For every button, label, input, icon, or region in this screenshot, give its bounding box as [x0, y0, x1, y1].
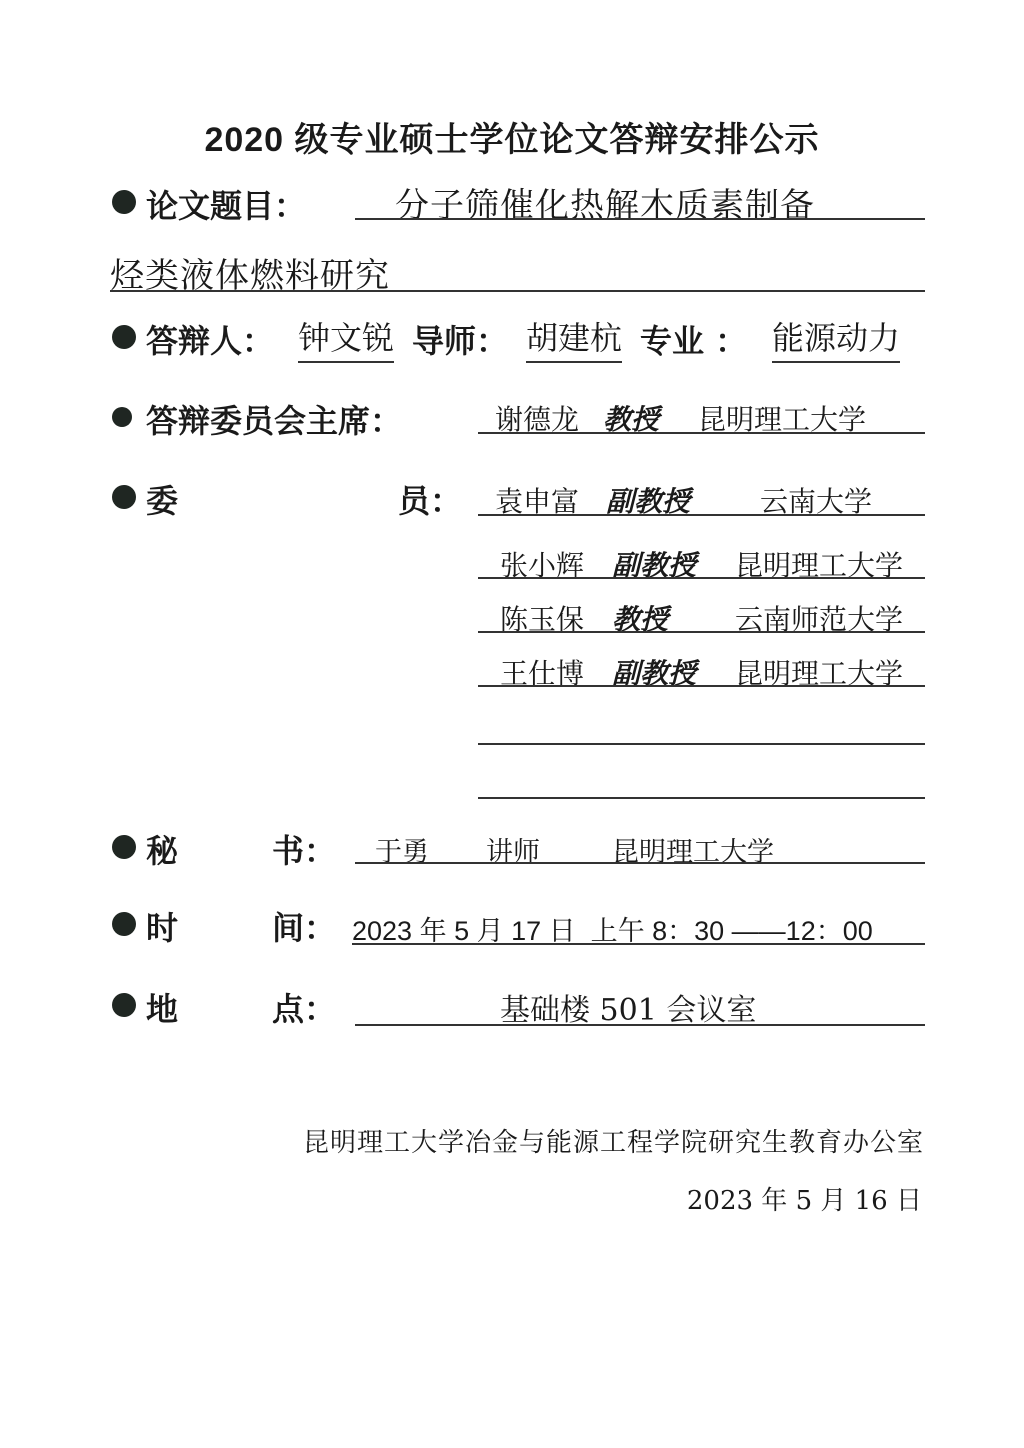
defender-name: 钟文锐 — [298, 313, 394, 363]
members-label-1: 委 — [146, 476, 178, 522]
bullet-icon — [112, 912, 136, 936]
bullet-icon — [112, 325, 136, 349]
major-label: 专业 ： — [640, 316, 747, 362]
advisor-name: 胡建杭 — [526, 313, 622, 363]
page-title: 2020 级专业硕士学位论文答辩安排公示 — [0, 112, 1024, 161]
blank-underline — [478, 797, 925, 799]
time-label-2: 间： — [272, 903, 336, 949]
time-label-1: 时 — [146, 903, 178, 949]
secretary-label-2: 书： — [272, 826, 336, 872]
underline — [478, 631, 925, 633]
bullet-icon — [112, 485, 136, 509]
underline — [352, 943, 925, 945]
members-label-2: 员： — [398, 476, 462, 522]
bullet-icon — [112, 835, 136, 859]
underline — [478, 685, 925, 687]
underline — [478, 432, 925, 434]
bullet-icon — [112, 190, 136, 214]
issue-date: 2023 年 5 月 16 日 — [687, 1180, 922, 1217]
underline — [355, 1024, 925, 1026]
secretary-label-1: 秘 — [146, 826, 178, 872]
place-value: 基础楼 501 会议室 — [500, 985, 756, 1029]
blank-underline — [478, 743, 925, 745]
place-label-1: 地 — [146, 984, 178, 1030]
advisor-label: 导师： — [412, 316, 508, 362]
bullet-icon — [112, 993, 136, 1017]
underline — [110, 290, 925, 292]
underline — [478, 514, 925, 516]
chair-label: 答辩委员会主席： — [146, 396, 402, 442]
place-label-2: 点： — [272, 984, 336, 1030]
bullet-icon — [112, 407, 132, 427]
defender-label: 答辩人： — [146, 316, 274, 362]
issuing-office: 昆明理工大学冶金与能源工程学院研究生教育办公室 — [303, 1122, 924, 1159]
major-value: 能源动力 — [772, 313, 900, 363]
underline — [355, 218, 925, 220]
underline — [355, 862, 925, 864]
underline — [478, 577, 925, 579]
thesis-label: 论文题目： — [146, 181, 306, 227]
